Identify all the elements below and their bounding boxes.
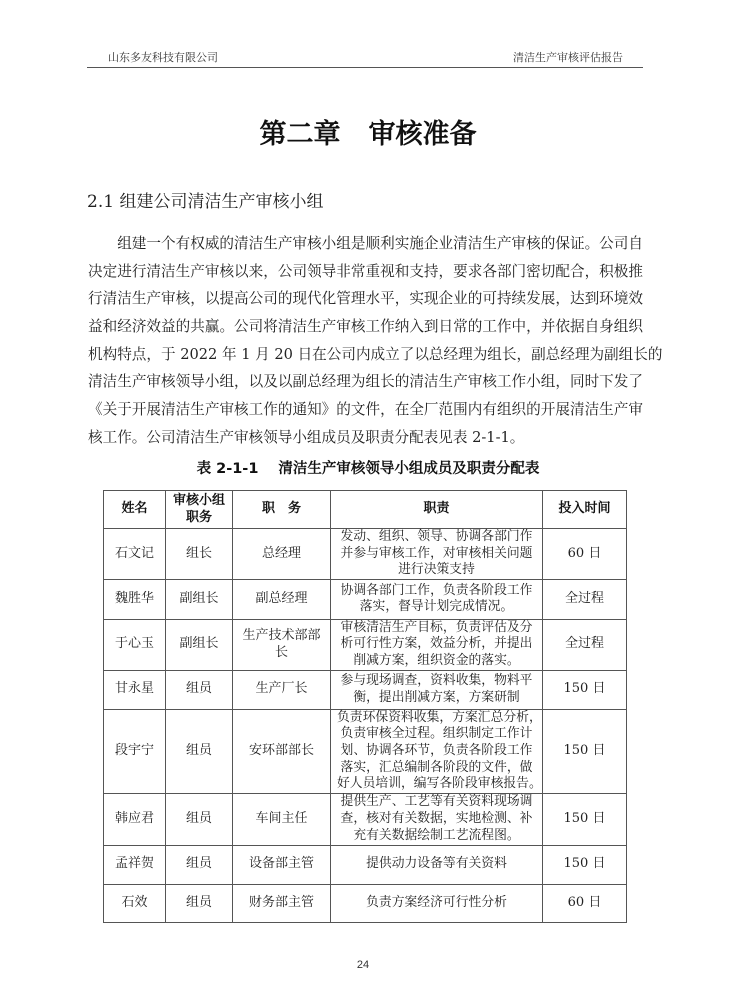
column-header-duty: 职责: [331, 491, 543, 529]
page-number: 24: [0, 958, 726, 972]
body-paragraph: 组建一个有权威的清洁生产审核小组是顺利实施企业清洁生产审核的保证。公司自 决定进…: [88, 230, 643, 452]
table-row: 韩应君 组员 车间主任 提供生产、工艺等有关资料现场调 查，核对有关数据，实地检…: [104, 793, 627, 845]
paragraph-line: 行清洁生产审核，以提高公司的现代化管理水平，实现企业的可持续发展，达到环境效: [88, 285, 643, 313]
cell-position: 总经理: [233, 529, 331, 580]
table-caption: 表 2-1-1清洁生产审核领导小组成员及职责分配表: [0, 458, 730, 480]
table-caption-title: 清洁生产审核领导小组成员及职责分配表: [278, 461, 539, 477]
cell-position: 安环部部长: [233, 709, 331, 793]
header-report-title: 清洁生产审核评估报告: [513, 50, 623, 66]
column-header-name: 姓名: [104, 491, 166, 529]
cell-group-role: 组员: [166, 884, 233, 922]
header-divider: [87, 67, 643, 68]
cell-position: 财务部主管: [233, 884, 331, 922]
cell-name: 魏胜华: [104, 579, 166, 619]
cell-time: 全过程: [543, 619, 627, 670]
cell-name: 甘永星: [104, 670, 166, 709]
chapter-title: 第二章审核准备: [0, 116, 730, 154]
cell-position: 副总经理: [233, 579, 331, 619]
cell-group-role: 组员: [166, 793, 233, 845]
cell-name: 石效: [104, 884, 166, 922]
cell-duty: 发动、组织、领导、协调各部门作 并参与审核工作，对审核相关问题 进行决策支持: [331, 529, 543, 580]
table-row: 于心玉 副组长 生产技术部部 长 审核清洁生产目标，负责评估及分 析可行性方案，…: [104, 619, 627, 670]
column-header-position: 职 务: [233, 491, 331, 529]
column-header-time: 投入时间: [543, 491, 627, 529]
cell-group-role: 副组长: [166, 619, 233, 670]
cell-duty: 提供生产、工艺等有关资料现场调 查，核对有关数据，实地检测、补 充有关数据绘制工…: [331, 793, 543, 845]
paragraph-line: 清洁生产审核领导小组，以及以副总经理为组长的清洁生产审核工作小组，同时下发了: [88, 368, 643, 396]
cell-position: 车间主任: [233, 793, 331, 845]
chapter-name: 审核准备: [369, 119, 477, 150]
chapter-number: 第二章: [260, 119, 341, 150]
cell-position: 生产技术部部 长: [233, 619, 331, 670]
cell-group-role: 组员: [166, 709, 233, 793]
paragraph-line: 机构特点，于 2022 年 1 月 20 日在公司内成立了以总经理为组长，副总经…: [88, 341, 643, 369]
cell-duty: 负责方案经济可行性分析: [331, 884, 543, 922]
cell-name: 石文记: [104, 529, 166, 580]
header-company-name: 山东多友科技有限公司: [108, 50, 218, 66]
cell-group-role: 组员: [166, 670, 233, 709]
cell-time: 150 日: [543, 793, 627, 845]
cell-time: 全过程: [543, 579, 627, 619]
table-caption-number: 表 2-1-1: [197, 461, 259, 477]
section-heading: 2.1 组建公司清洁生产审核小组: [87, 189, 323, 215]
table-header-row: 姓名 审核小组 职务 职 务 职责 投入时间: [104, 491, 627, 529]
table-row: 孟祥贺 组员 设备部主管 提供动力设备等有关资料 150 日: [104, 845, 627, 884]
cell-name: 于心玉: [104, 619, 166, 670]
cell-time: 150 日: [543, 670, 627, 709]
cell-duty: 负责环保资料收集，方案汇总分析， 负责审核全过程。组织制定工作计 划、协调各环节…: [331, 709, 543, 793]
paragraph-line: 决定进行清洁生产审核以来，公司领导非常重视和支持，要求各部门密切配合，积极推: [88, 258, 643, 286]
cell-duty: 提供动力设备等有关资料: [331, 845, 543, 884]
cell-time: 60 日: [543, 529, 627, 580]
cell-group-role: 组长: [166, 529, 233, 580]
paragraph-line: 益和经济效益的共赢。公司将清洁生产审核工作纳入到日常的工作中，并依据自身组织: [88, 313, 643, 341]
paragraph-line: 《关于开展清洁生产审核工作的通知》的文件，在全厂范围内有组织的开展清洁生产审: [88, 396, 643, 424]
cell-group-role: 组员: [166, 845, 233, 884]
table-row: 石效 组员 财务部主管 负责方案经济可行性分析 60 日: [104, 884, 627, 922]
cell-duty: 审核清洁生产目标，负责评估及分 析可行性方案，效益分析，并提出 削减方案，组织资…: [331, 619, 543, 670]
cell-duty: 协调各部门工作，负责各阶段工作 落实，督导计划完成情况。: [331, 579, 543, 619]
paragraph-line: 核工作。公司清洁生产审核领导小组成员及职责分配表见表 2-1-1。: [88, 424, 643, 452]
cell-time: 60 日: [543, 884, 627, 922]
cell-name: 段宇宁: [104, 709, 166, 793]
table-row: 石文记 组长 总经理 发动、组织、领导、协调各部门作 并参与审核工作，对审核相关…: [104, 529, 627, 580]
cell-name: 韩应君: [104, 793, 166, 845]
table-row: 甘永星 组员 生产厂长 参与现场调查，资料收集，物料平 衡，提出削减方案，方案研…: [104, 670, 627, 709]
cell-group-role: 副组长: [166, 579, 233, 619]
paragraph-line: 组建一个有权威的清洁生产审核小组是顺利实施企业清洁生产审核的保证。公司自: [88, 230, 643, 258]
table-row: 段宇宁 组员 安环部部长 负责环保资料收集，方案汇总分析， 负责审核全过程。组织…: [104, 709, 627, 793]
cell-time: 150 日: [543, 709, 627, 793]
cell-name: 孟祥贺: [104, 845, 166, 884]
table-row: 魏胜华 副组长 副总经理 协调各部门工作，负责各阶段工作 落实，督导计划完成情况…: [104, 579, 627, 619]
cell-position: 设备部主管: [233, 845, 331, 884]
cell-position: 生产厂长: [233, 670, 331, 709]
column-header-group-role: 审核小组 职务: [166, 491, 233, 529]
cell-time: 150 日: [543, 845, 627, 884]
cell-duty: 参与现场调查，资料收集，物料平 衡，提出削减方案，方案研制: [331, 670, 543, 709]
team-responsibility-table: 姓名 审核小组 职务 职 务 职责 投入时间 石文记 组长 总经理 发动、组织、…: [103, 490, 627, 923]
